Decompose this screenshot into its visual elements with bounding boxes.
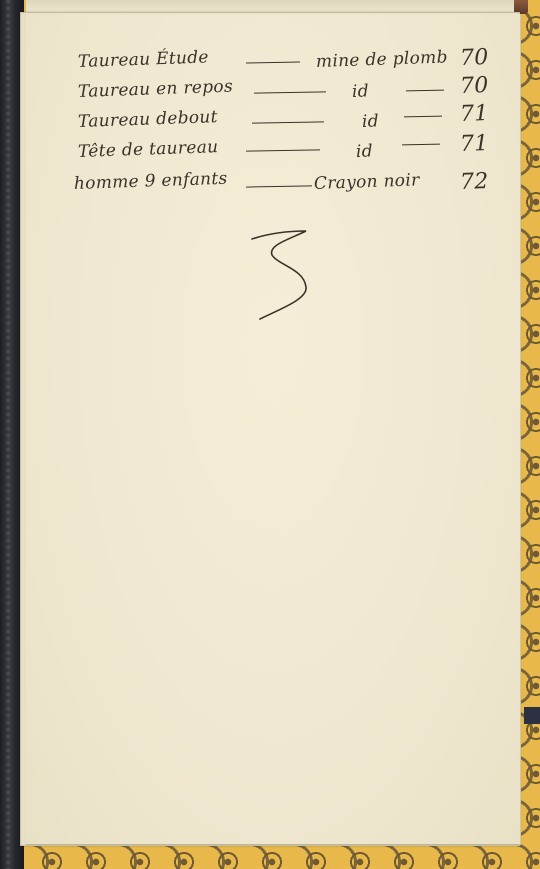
entry-title: Taureau en repos [78,77,234,102]
separator-dash [402,144,440,146]
entry-row: homme 9 enfants Crayon noir 72 [0,174,540,204]
separator-dash [246,62,300,64]
entry-title: homme 9 enfants [74,169,228,194]
entry-number: 70 [460,73,489,99]
ribbon-tab [524,707,540,724]
entry-title: Taureau Étude [78,47,209,72]
separator-dash [404,116,442,118]
entry-medium: mine de plomb [316,47,448,72]
entry-number: 71 [460,101,489,127]
entry-medium: id [356,141,374,162]
entry-title: Taureau debout [78,107,218,132]
entry-number: 70 [460,45,489,71]
separator-dash [254,91,326,94]
entry-title: Tête de taureau [78,137,219,162]
entry-medium: id [352,81,370,102]
separator-dash [246,185,312,188]
separator-dash [252,121,324,124]
separator-dash [406,90,444,92]
entry-number: 71 [460,131,489,157]
entry-row: Tête de taureau id 71 [0,142,540,172]
end-flourish-mark [250,225,310,320]
separator-dash [246,149,320,152]
entry-medium: Crayon noir [314,170,420,194]
entry-medium: id [362,111,380,132]
entry-number: 72 [460,169,489,195]
